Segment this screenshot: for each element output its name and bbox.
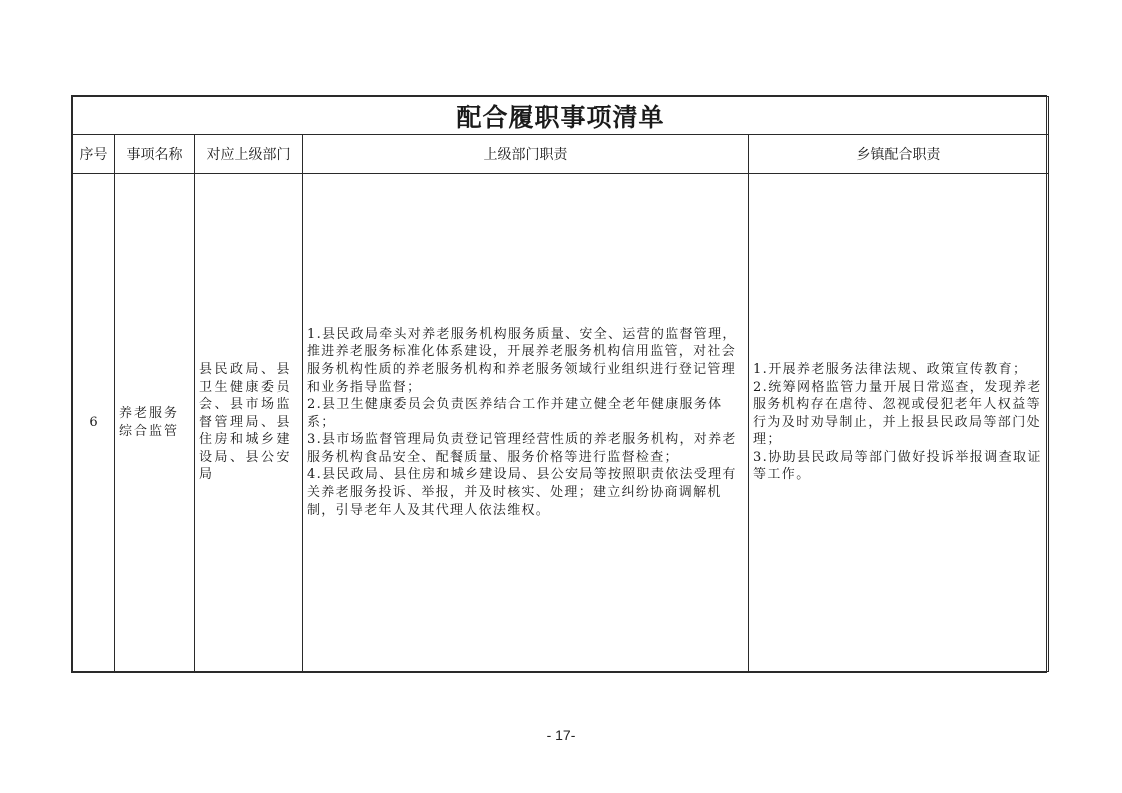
table-row: 6 养老服务综合监管 县民政局、县卫生健康委员会、县市场监督管理局、县住房和城乡…	[73, 174, 1049, 672]
header-upper-department: 对应上级部门	[195, 135, 303, 174]
upper-duty-item: 3.县市场监督管理局负责登记管理经营性质的养老服务机构，对养老服务机构食品安全、…	[307, 431, 744, 466]
town-duty-item: 1.开展养老服务法律法规、政策宣传教育；	[753, 361, 1044, 379]
upper-duty-item: 1.县民政局牵头对养老服务机构服务质量、安全、运营的监督管理，推进养老服务标准化…	[307, 326, 744, 396]
row-town-duties: 1.开展养老服务法律法规、政策宣传教育； 2.统筹网格监管力量开展日常巡查，发现…	[749, 174, 1049, 672]
page-title: 配合履职事项清单	[73, 97, 1049, 135]
page-number: - 17-	[0, 727, 1122, 743]
header-town-duties: 乡镇配合职责	[749, 135, 1049, 174]
header-serial-number: 序号	[73, 135, 115, 174]
row-serial-number: 6	[73, 174, 115, 672]
header-upper-duties: 上级部门职责	[303, 135, 749, 174]
duty-list-table: 配合履职事项清单 序号 事项名称 对应上级部门 上级部门职责 乡镇配合职责 6 …	[72, 96, 1049, 672]
row-upper-duties: 1.县民政局牵头对养老服务机构服务质量、安全、运营的监督管理，推进养老服务标准化…	[303, 174, 749, 672]
row-departments: 县民政局、县卫生健康委员会、县市场监督管理局、县住房和城乡建设局、县公安局	[195, 174, 303, 672]
town-duty-item: 3.协助县民政局等部门做好投诉举报调查取证等工作。	[753, 449, 1044, 484]
title-row: 配合履职事项清单	[73, 97, 1049, 135]
upper-duty-item: 4.县民政局、县住房和城乡建设局、县公安局等按照职责依法受理有关养老服务投诉、举…	[307, 466, 744, 519]
header-item-name: 事项名称	[115, 135, 195, 174]
town-duty-item: 2.统筹网格监管力量开展日常巡查，发现养老服务机构存在虐待、忽视或侵犯老年人权益…	[753, 379, 1044, 449]
header-row: 序号 事项名称 对应上级部门 上级部门职责 乡镇配合职责	[73, 135, 1049, 174]
duty-list-table-frame: 配合履职事项清单 序号 事项名称 对应上级部门 上级部门职责 乡镇配合职责 6 …	[71, 95, 1047, 673]
upper-duty-item: 2.县卫生健康委员会负责医养结合工作并建立健全老年健康服务体系；	[307, 396, 744, 431]
row-item-name: 养老服务综合监管	[115, 174, 195, 672]
